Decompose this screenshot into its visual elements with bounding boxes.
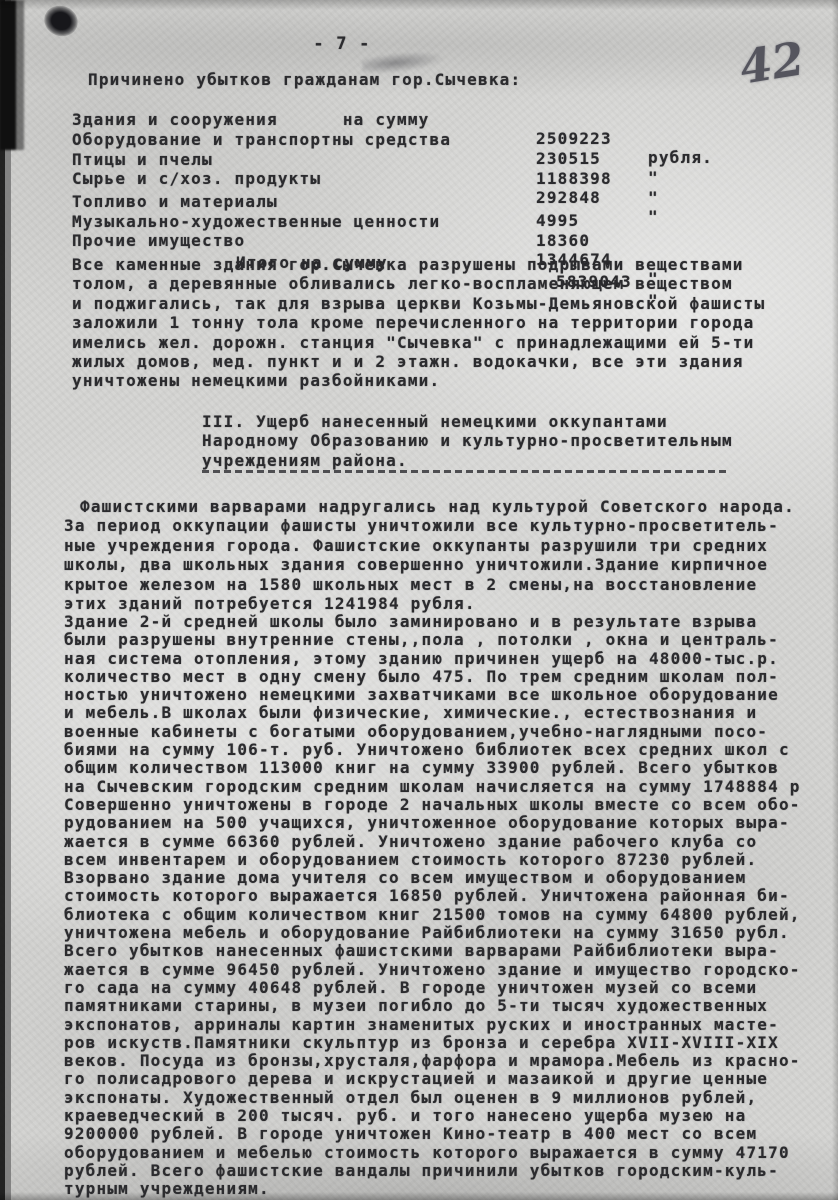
damage-row: Прочие имущество 1344674 " bbox=[0, 212, 838, 232]
page-number: - 7 - bbox=[282, 34, 402, 54]
handwritten-page-number: 42 bbox=[736, 31, 808, 94]
damages-intro: Причинено убытков гражданам гор.Сычевка: bbox=[88, 70, 521, 89]
body-paragraph-2: Здание 2-й средней школы было заминирова… bbox=[64, 613, 838, 1199]
scanned-document-page: - 7 - 42 Причинено убытков гражданам гор… bbox=[0, 0, 838, 1200]
scan-top-edge bbox=[0, 0, 838, 10]
damage-row: Птицы и пчелы 1188398 " bbox=[0, 131, 838, 151]
damage-row: Музыкально-художественные ценности 18360 bbox=[0, 193, 838, 213]
dashed-underline bbox=[202, 470, 728, 473]
damage-row: Топливо и материалы 4995 bbox=[0, 173, 838, 193]
paragraph-destruction: Все каменные здания гор.Сычевка разрушен… bbox=[72, 255, 832, 391]
damage-row: Здания и сооружения на сумму 2509223 руб… bbox=[0, 91, 838, 111]
damage-row: Сырье и с/хоз. продукты 292848 " bbox=[0, 150, 838, 170]
body-paragraph-1: Фашистскими варварами надругались над ку… bbox=[64, 497, 838, 613]
damage-row: Оборудование и транспортны средства 2305… bbox=[0, 111, 838, 131]
section-heading: III. Ущерб нанесенный немецкими оккупант… bbox=[202, 412, 802, 470]
damage-total-row: Итого на сумму 5839043 " bbox=[0, 234, 838, 254]
